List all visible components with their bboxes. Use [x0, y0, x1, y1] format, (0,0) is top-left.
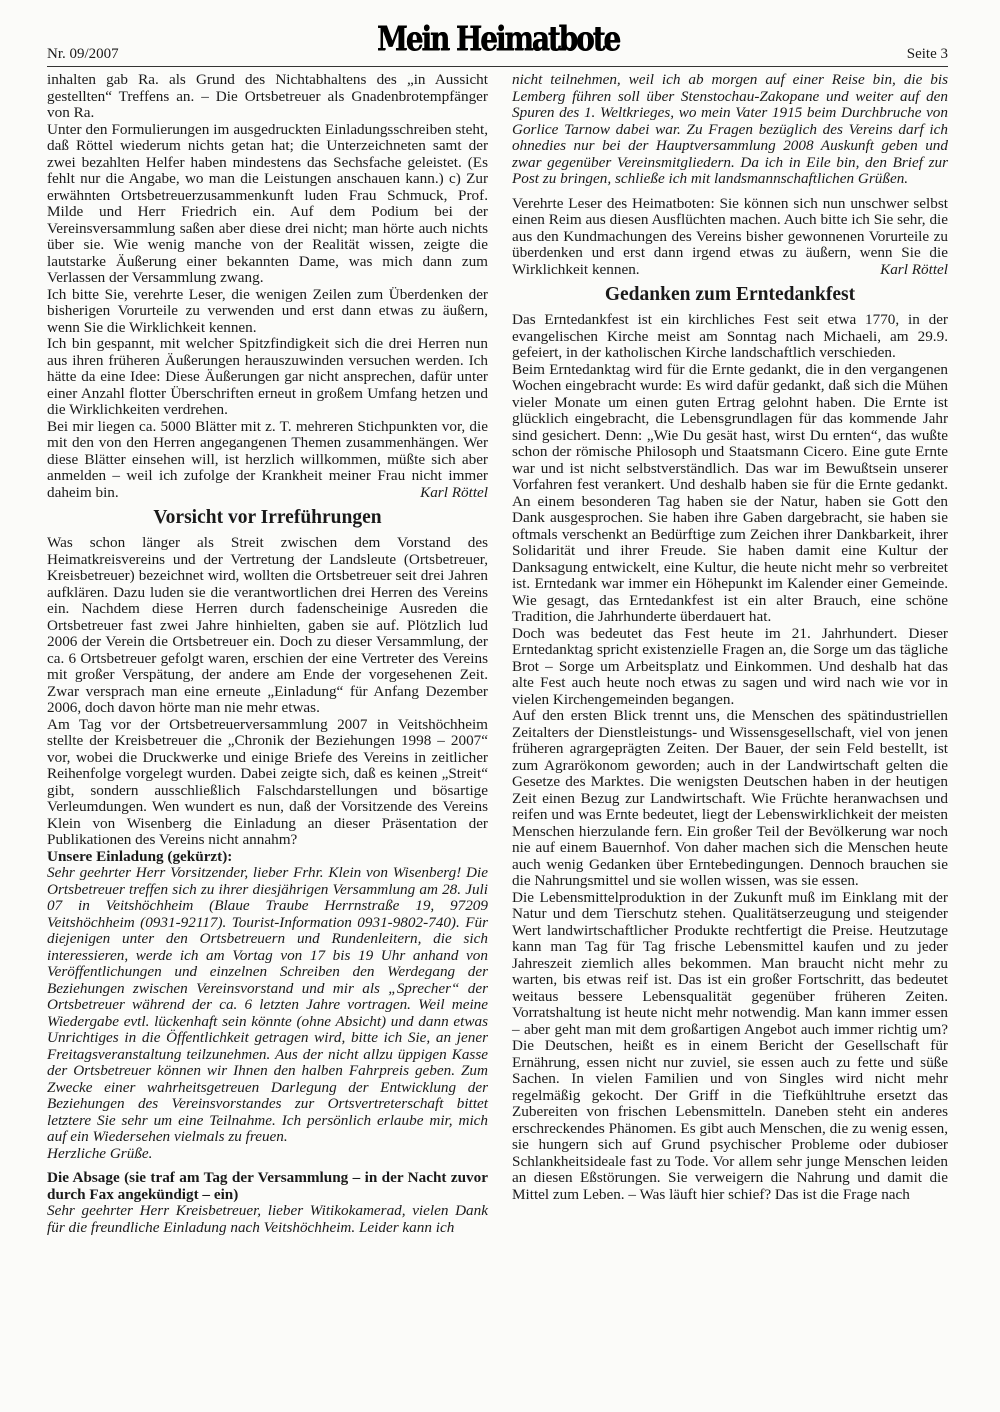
paragraph: Was schon länger als Streit zwischen dem…: [47, 535, 488, 717]
paragraph: Am Tag vor der Ortsbetreuerversammlung 2…: [47, 717, 488, 849]
right-column: nicht teilnehmen, weil ich ab morgen auf…: [512, 72, 948, 1203]
page-number: Seite 3: [907, 46, 948, 63]
quoted-cancellation: Sehr geehrter Herr Kreisbetreuer, lieber…: [47, 1203, 488, 1236]
paragraph: Auf den ersten Blick trennt uns, die Men…: [512, 708, 948, 890]
paragraph: Ich bin gespannt, mit welcher Spitzfindi…: [47, 336, 488, 419]
quoted-cancellation-continued: nicht teilnehmen, weil ich ab morgen auf…: [512, 72, 948, 188]
left-column: inhalten gab Ra. als Grund des Nichtabha…: [47, 72, 488, 1236]
subheading: Die Absage (sie traf am Tag der Versamml…: [47, 1170, 488, 1203]
greeting: Herzliche Grüße.: [47, 1146, 488, 1163]
paragraph: inhalten gab Ra. als Grund des Nichtabha…: [47, 72, 488, 122]
paragraph: Die Lebensmittelproduktion in der Zukunf…: [512, 890, 948, 1204]
paragraph: Beim Erntedanktag wird für die Ernte ged…: [512, 362, 948, 626]
paragraph: Ich bitte Sie, verehrte Leser, die wenig…: [47, 287, 488, 337]
subheading: Unsere Einladung (gekürzt):: [47, 849, 488, 866]
paragraph: Unter den Formulierungen im ausgedruckte…: [47, 122, 488, 287]
masthead-logo: Mein Heimatbote: [376, 22, 618, 56]
author-signature: Karl Röttel: [880, 262, 948, 279]
page-header: Nr. 09/2007 Mein Heimatbote Seite 3: [47, 0, 948, 67]
article-heading: Gedanken zum Erntedankfest: [512, 284, 948, 306]
paragraph-with-signature: Bei mir liegen ca. 5000 Blätter mit z. T…: [47, 419, 488, 502]
paragraph-with-signature: Verehrte Leser des Heimatboten: Sie könn…: [512, 196, 948, 279]
paragraph: Doch was bedeutet das Fest heute im 21. …: [512, 626, 948, 709]
article-heading: Vorsicht vor Irreführungen: [47, 507, 488, 529]
quoted-invitation: Sehr geehrter Herr Vorsitzender, lieber …: [47, 865, 488, 1146]
issue-number: Nr. 09/2007: [47, 46, 119, 63]
paragraph: Das Erntedankfest ist ein kirchliches Fe…: [512, 312, 948, 362]
author-signature: Karl Röttel: [420, 485, 488, 502]
